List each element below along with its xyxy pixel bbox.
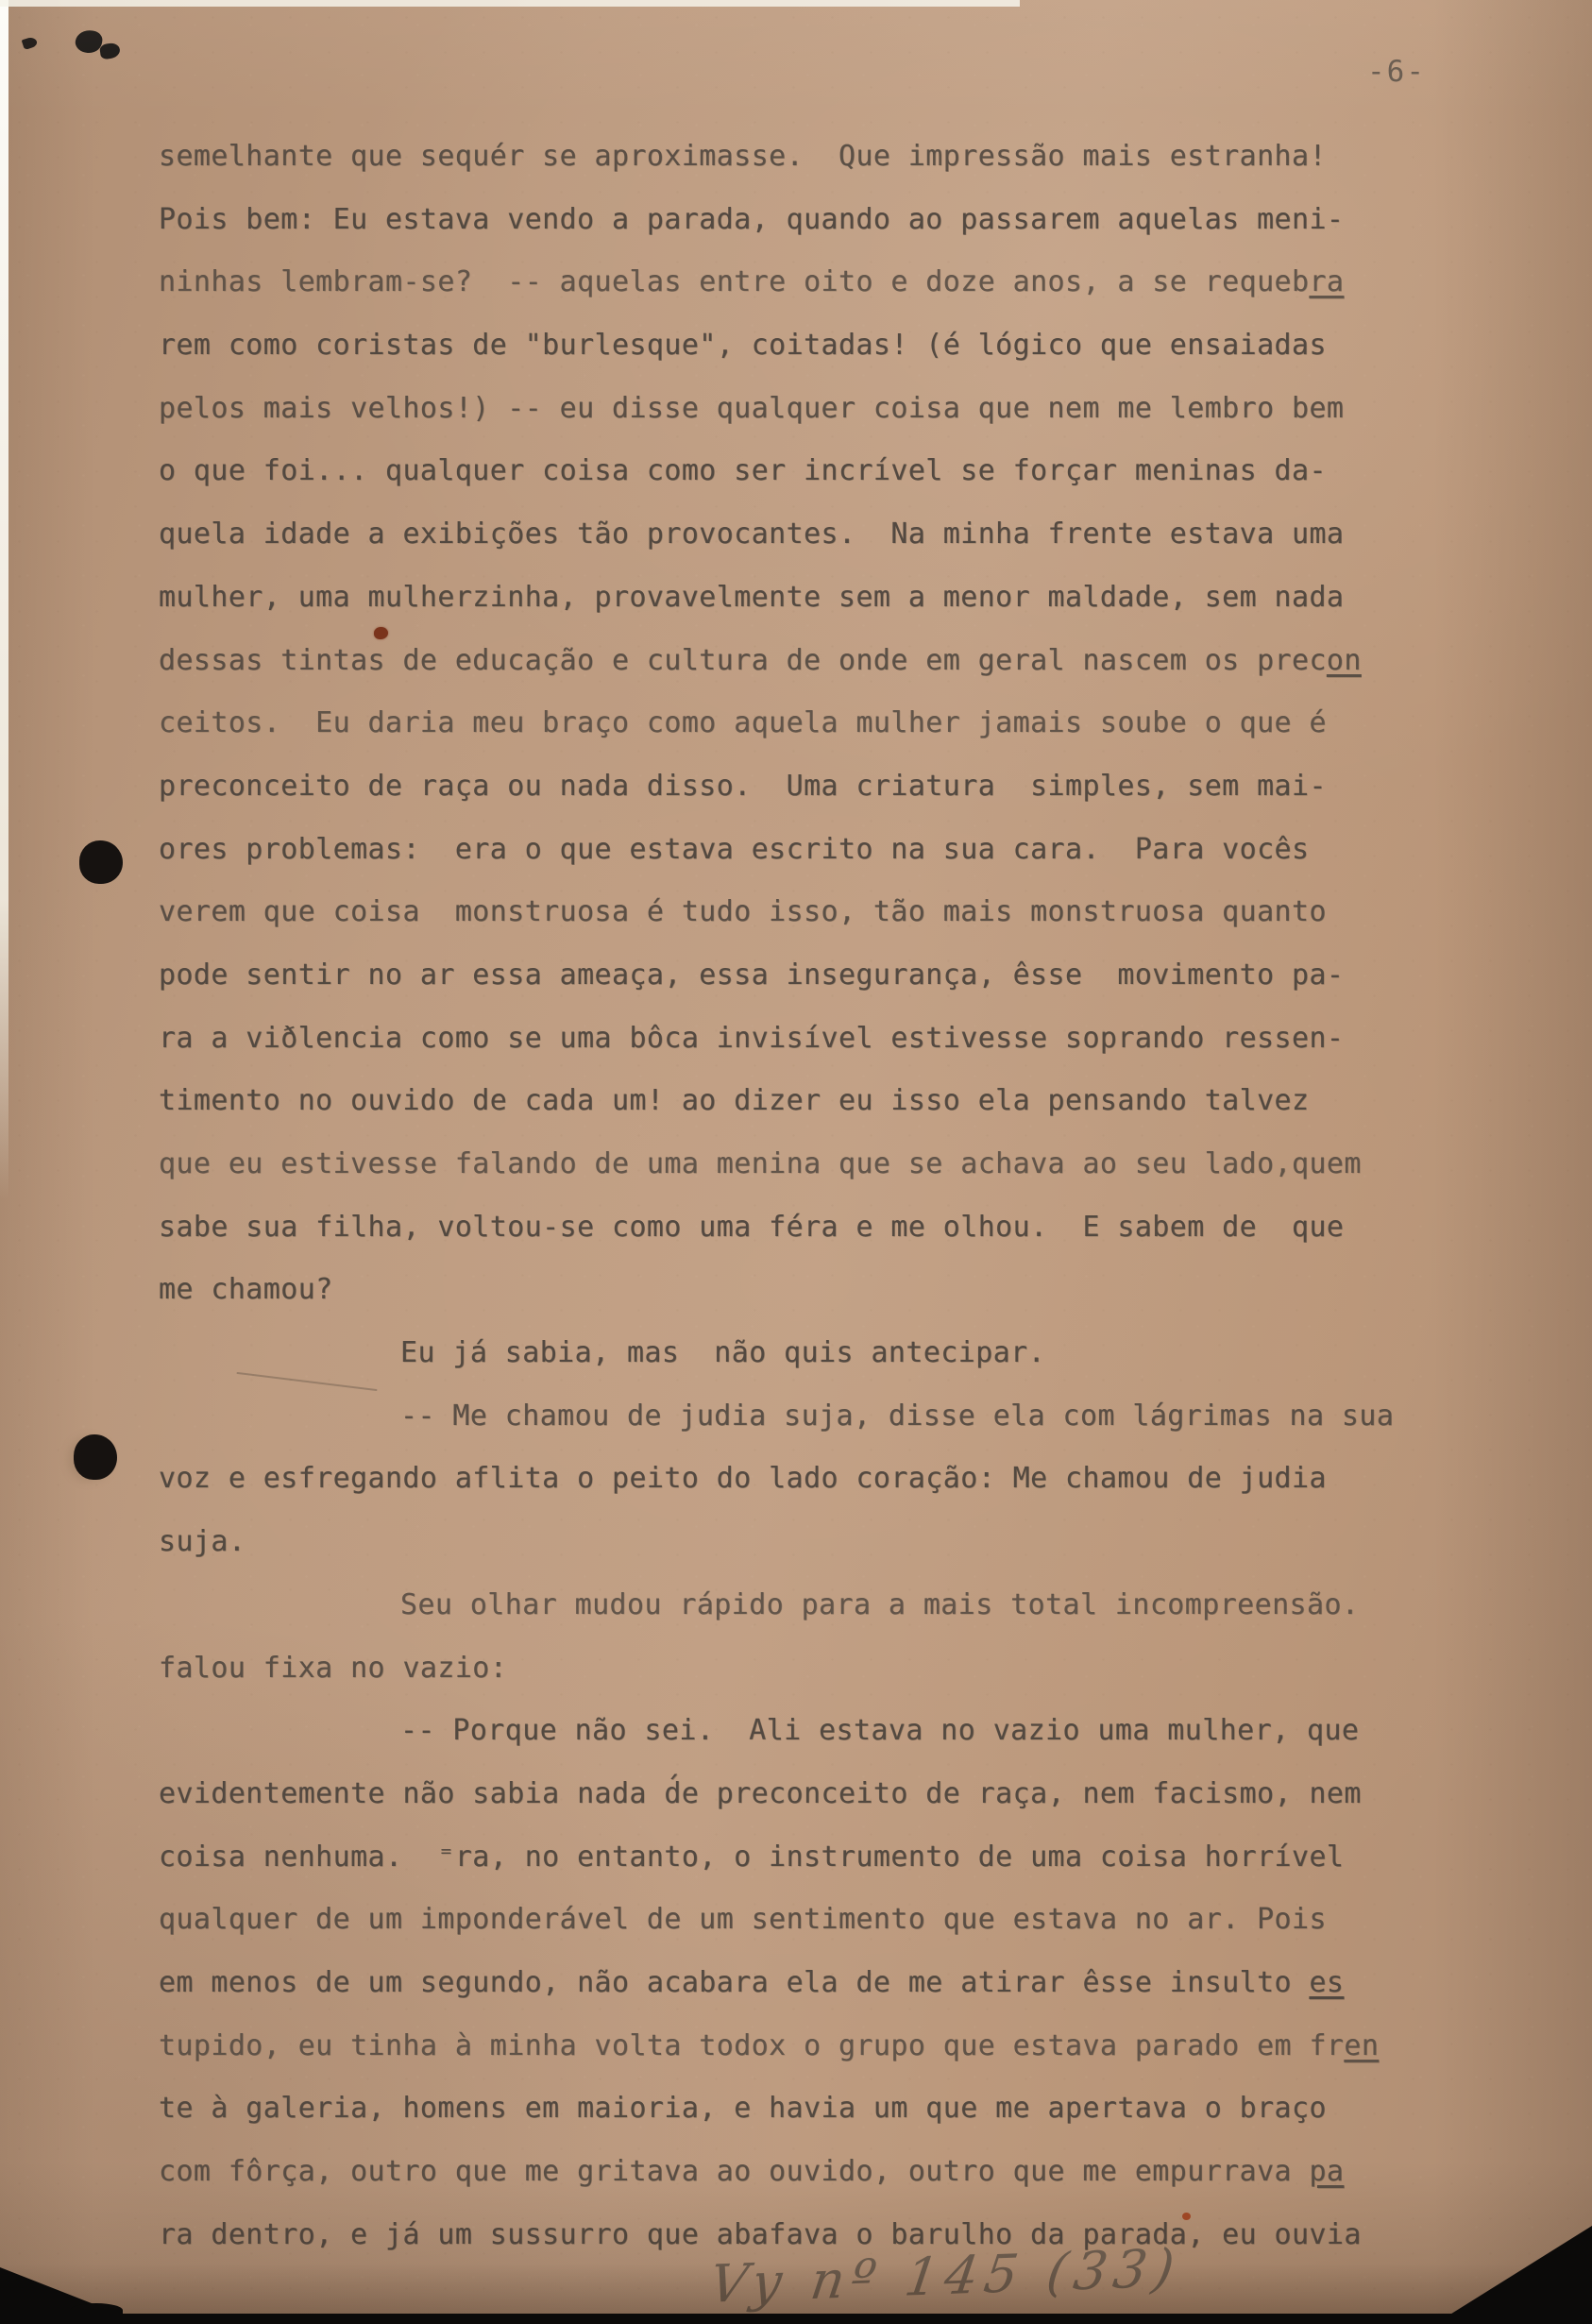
text-line: pode sentir no ar essa ameaça, essa inse… <box>159 944 1394 1008</box>
text-line: coisa nenhuma. ⁼ra, no entanto, o instru… <box>159 1826 1394 1890</box>
paper-bottom-shadow <box>0 2264 1592 2316</box>
scan-edge-bump <box>70 2303 123 2317</box>
text-line: semelhante que sequér se aproximasse. Qu… <box>159 126 1394 189</box>
text-line: Eu já sabia, mas não quis antecipar. <box>159 1322 1394 1385</box>
text-line: qualquer de um imponderável de um sentim… <box>159 1889 1394 1952</box>
text-line: ra a viðlencia como se uma bôca invisíve… <box>159 1008 1394 1071</box>
text-line: em menos de um segundo, não acabara ela … <box>159 1952 1394 2015</box>
text-line: ninhas lembram-se? -- aquelas entre oito… <box>159 251 1394 314</box>
text-line: preconceito de raça ou nada disso. Uma c… <box>159 755 1394 819</box>
text-line: mulher, uma mulherzinha, provavelmente s… <box>159 567 1394 630</box>
text-line: -- Porque não sei. Ali estava no vazio u… <box>159 1700 1394 1763</box>
text-line: que eu estivesse falando de uma menina q… <box>159 1133 1394 1196</box>
scan-edge-top <box>0 0 1020 7</box>
scanned-page: -6- semelhante que sequér se aproximasse… <box>0 0 1592 2324</box>
text-line: sabe sua filha, voltou-se como uma féra … <box>159 1196 1394 1260</box>
underlined-syllable: es <box>1309 1966 1344 1999</box>
red-speck <box>1182 2213 1191 2220</box>
underlined-syllable: ra <box>1309 265 1344 298</box>
text-line: verem que coisa monstruosa é tudo isso, … <box>159 881 1394 944</box>
typewritten-text: semelhante que sequér se aproximasse. Qu… <box>159 126 1394 2266</box>
scan-edge-left <box>0 0 8 1199</box>
text-line: com fôrça, outro que me gritava ao ouvid… <box>159 2141 1394 2204</box>
text-line: tupido, eu tinha à minha volta todox o g… <box>159 2015 1394 2078</box>
punch-hole-bottom <box>74 1434 117 1480</box>
text-line: timento no ouvido de cada um! ao dizer e… <box>159 1070 1394 1133</box>
text-line: evidentemente não sabia nada d́e preconc… <box>159 1763 1394 1826</box>
text-line: voz e esfregando aflita o peito do lado … <box>159 1448 1394 1511</box>
text-line: rem como coristas de "burlesque", coitad… <box>159 314 1394 378</box>
text-line: suja. <box>159 1511 1394 1574</box>
text-line: te à galeria, homens em maioria, e havia… <box>159 2078 1394 2141</box>
underlined-syllable: pa <box>1309 2155 1344 2188</box>
punch-hole-top <box>79 840 123 884</box>
text-line: falou fixa no vazio: <box>159 1637 1394 1701</box>
scan-edge-bottom <box>0 2314 1592 2324</box>
text-line: Pois bem: Eu estava vendo a parada, quan… <box>159 189 1394 252</box>
text-line: ceitos. Eu daria meu braço como aquela m… <box>159 692 1394 755</box>
text-line: o que foi... qualquer coisa como ser inc… <box>159 440 1394 503</box>
text-line: ores problemas: era o que estava escrito… <box>159 819 1394 882</box>
text-line: dessas tintas de educação e cultura de o… <box>159 630 1394 693</box>
underlined-syllable: en <box>1344 2029 1379 2062</box>
text-line: Seu olhar mudou rápido para a mais total… <box>159 1574 1394 1637</box>
text-line: pelos mais velhos!) -- eu disse qualquer… <box>159 378 1394 441</box>
text-line: quela idade a exibições tão provocantes.… <box>159 503 1394 567</box>
text-line: me chamou? <box>159 1259 1394 1322</box>
text-line: -- Me chamou de judia suja, disse ela co… <box>159 1385 1394 1449</box>
page-number: -6- <box>1367 55 1426 89</box>
underlined-syllable: on <box>1327 644 1362 677</box>
